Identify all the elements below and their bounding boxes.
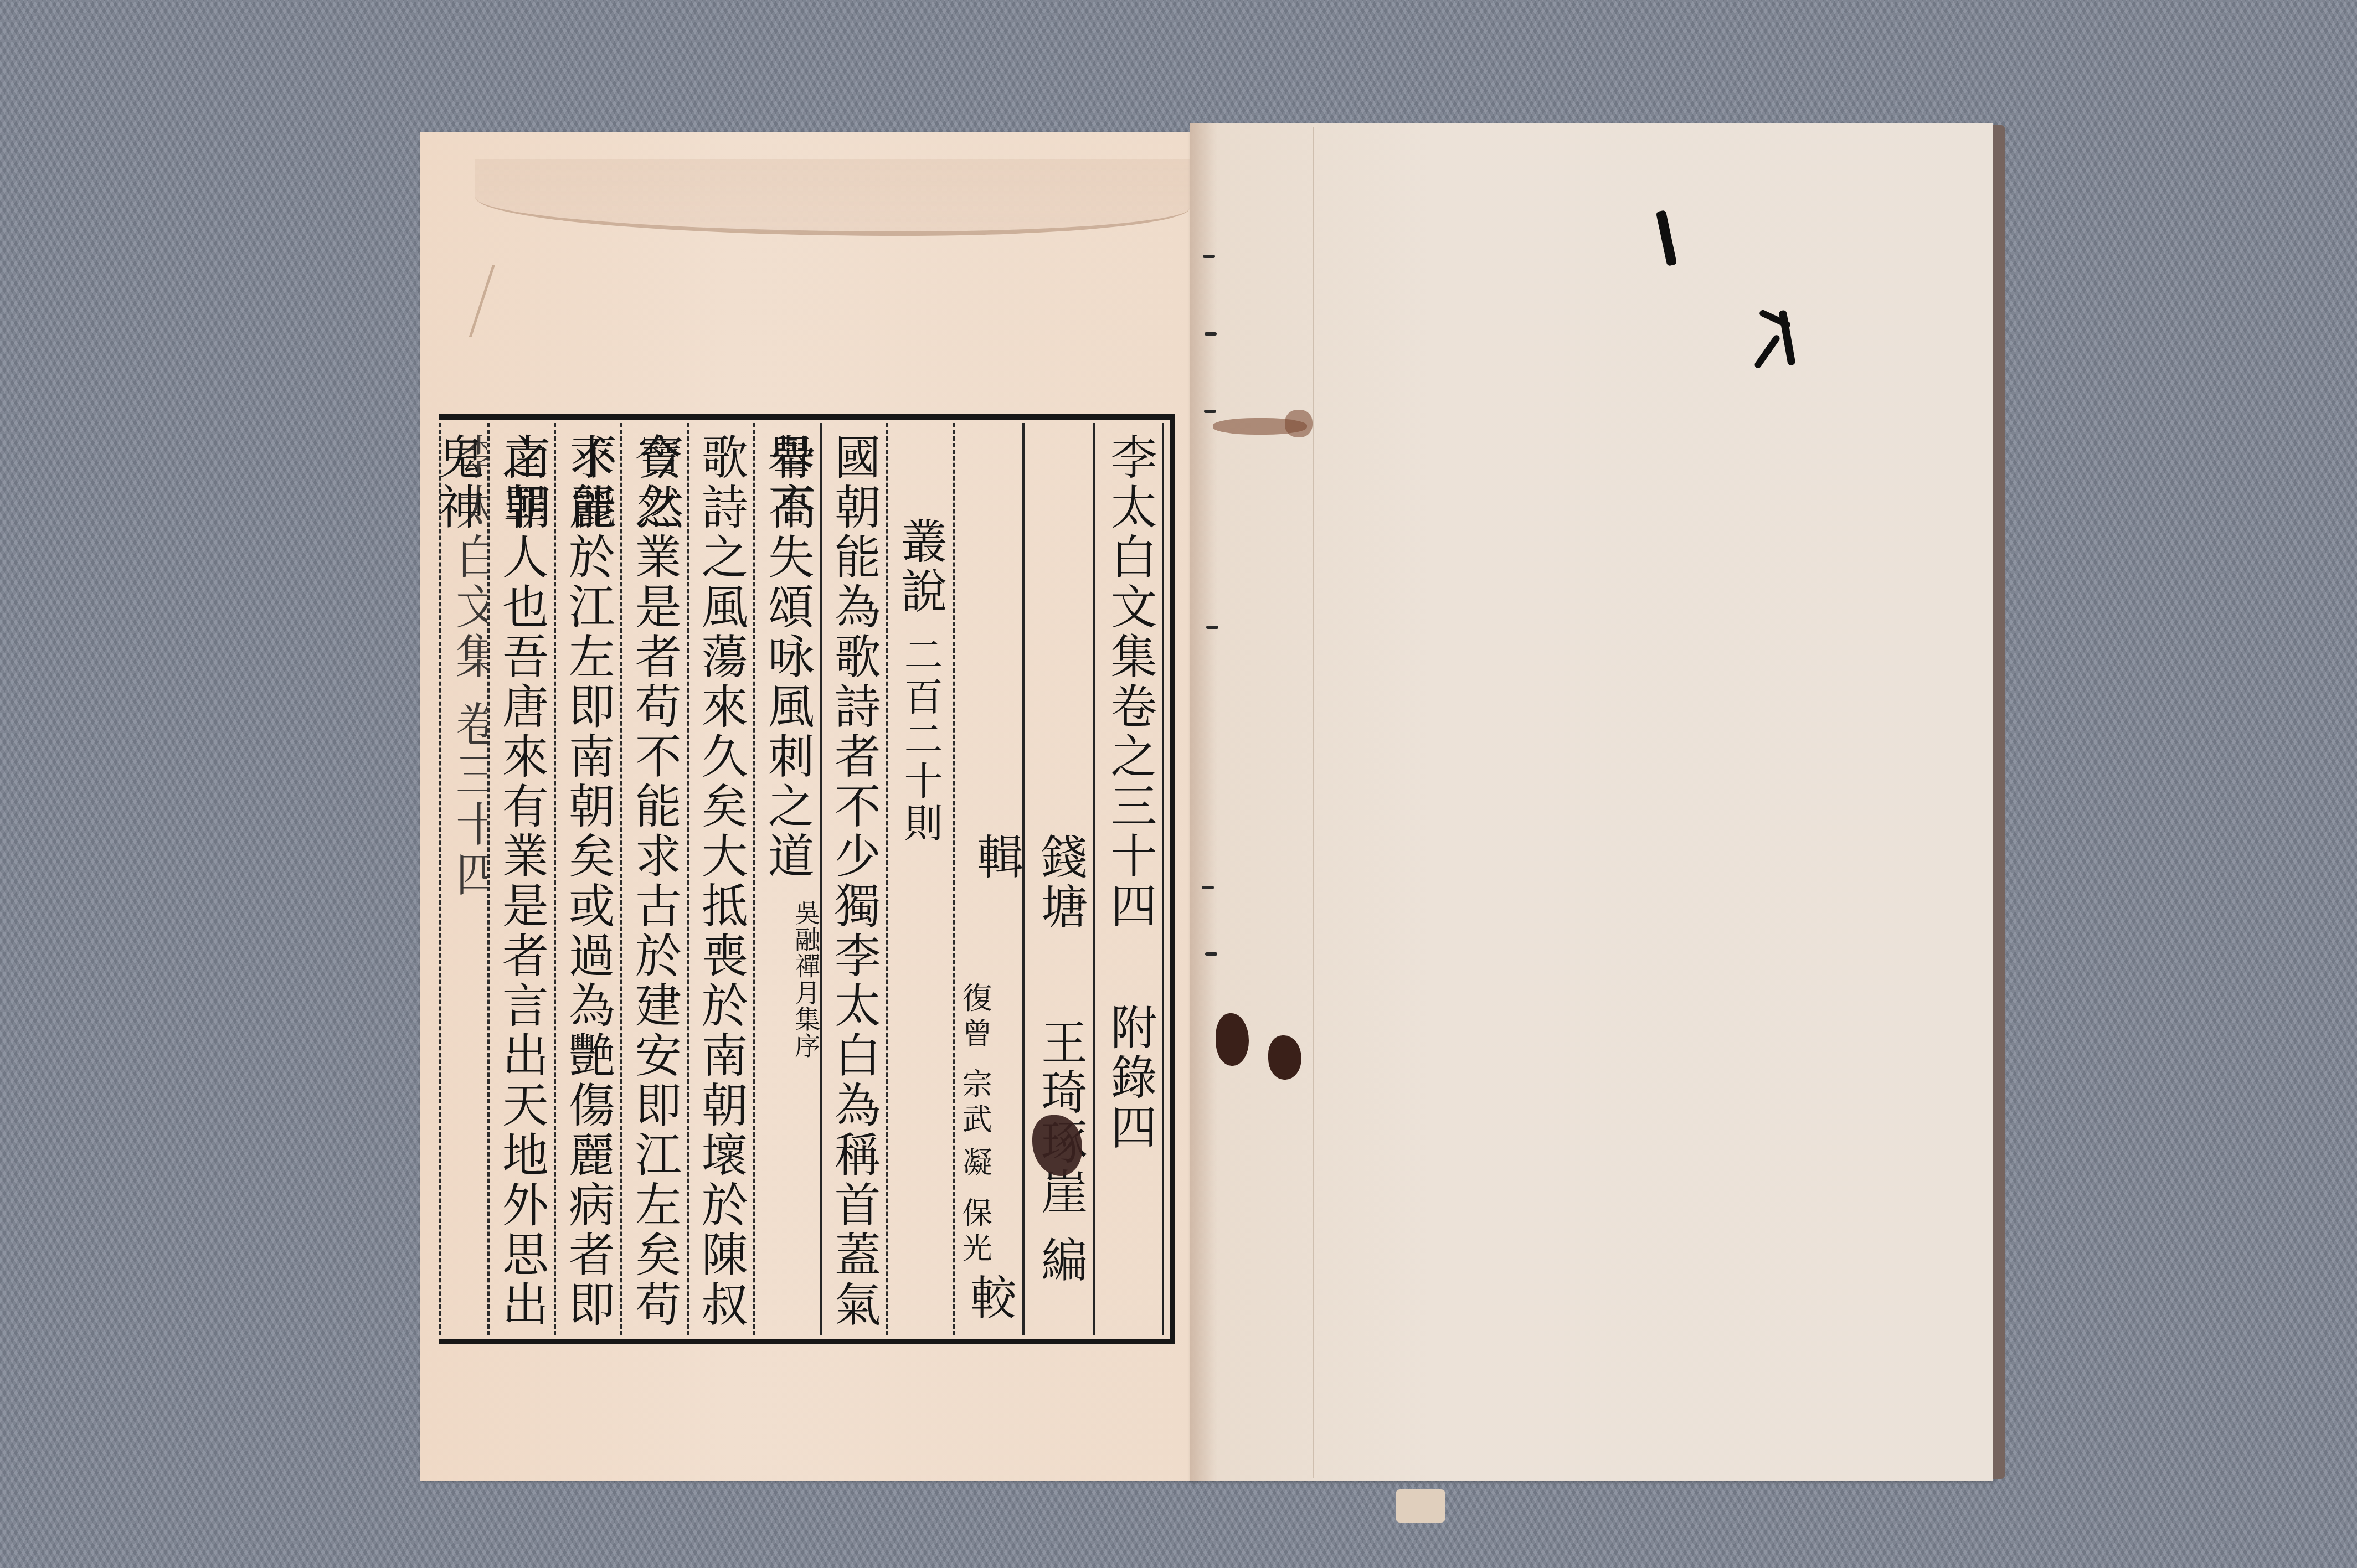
dark-stain xyxy=(1216,1013,1249,1066)
compiler-column: 錢塘 王琦琢崖 編輯 xyxy=(1022,423,1093,1335)
binding-stitch xyxy=(1206,626,1218,629)
page-crease xyxy=(1313,127,1314,1478)
body-column-3: 歌詩之風蕩來久矣大抵喪於南朝壞於陳叔寶然 xyxy=(687,423,753,1335)
dark-stain xyxy=(1268,1035,1301,1080)
binding-stitch xyxy=(1203,255,1215,258)
collator-row-right: 凝 保光 xyxy=(959,1147,990,1268)
section-title: 叢說 xyxy=(893,517,948,617)
compiler-place: 錢塘 xyxy=(1034,833,1088,932)
book-edge xyxy=(1993,125,2005,1479)
body-column-5: 求麗於江左即南朝矣或過為艷傷麗病者即南朝 xyxy=(554,423,620,1335)
binding-stitch xyxy=(1204,410,1216,413)
binding-stitch xyxy=(1202,886,1214,889)
left-page: 李太白文集卷之三十四 附錄四 錢塘 王琦琢崖 編輯 凝 保光 復曾 宗武 較 xyxy=(420,132,1195,1481)
right-page xyxy=(1190,123,1993,1481)
appendix-label: 附錄四 xyxy=(1095,1003,1162,1153)
binding-stitch xyxy=(1205,952,1217,956)
book-title: 李太白文集卷之三十四 xyxy=(1098,433,1162,1335)
spine-shadow xyxy=(1190,123,1217,1481)
body-column-6: 之罪人也吾唐來有業是者言出天地外思出鬼神 xyxy=(487,423,554,1335)
collator-row-left: 復曾 宗武 xyxy=(959,982,990,1139)
body-column-4: 今之業是者苟不能求古於建安即江左矣苟不能 xyxy=(620,423,687,1335)
printed-frame: 李太白文集卷之三十四 附錄四 錢塘 王琦琢崖 編輯 凝 保光 復曾 宗武 較 xyxy=(439,414,1175,1344)
paper-tab xyxy=(1396,1489,1445,1523)
collators-double-row: 凝 保光 復曾 宗武 xyxy=(959,982,990,1268)
section-count: 二百二十則 xyxy=(898,635,943,845)
fold-center-column: 李太白文集 卷三十四 xyxy=(439,423,487,1335)
title-column: 李太白文集卷之三十四 附錄四 xyxy=(1093,423,1162,1335)
collators-column: 凝 保光 復曾 宗武 較 xyxy=(953,423,1022,1335)
section-heading-column: 叢說 二百二十則 xyxy=(886,423,953,1335)
body-column-2: 舉不失頌咏風刺之道 吳融禪月集序 xyxy=(753,423,820,1335)
wormhole-mark xyxy=(469,265,528,337)
inline-note: 吳融禪月集序 xyxy=(792,900,820,1059)
binding-stitch xyxy=(1205,332,1217,336)
collate-label: 較 xyxy=(944,1273,1022,1323)
brown-stain xyxy=(1285,410,1313,437)
water-stain xyxy=(475,159,1190,236)
body-column-1: 國朝能為歌詩者不少獨李太白為稱首蓋氣骨高 xyxy=(820,423,886,1335)
